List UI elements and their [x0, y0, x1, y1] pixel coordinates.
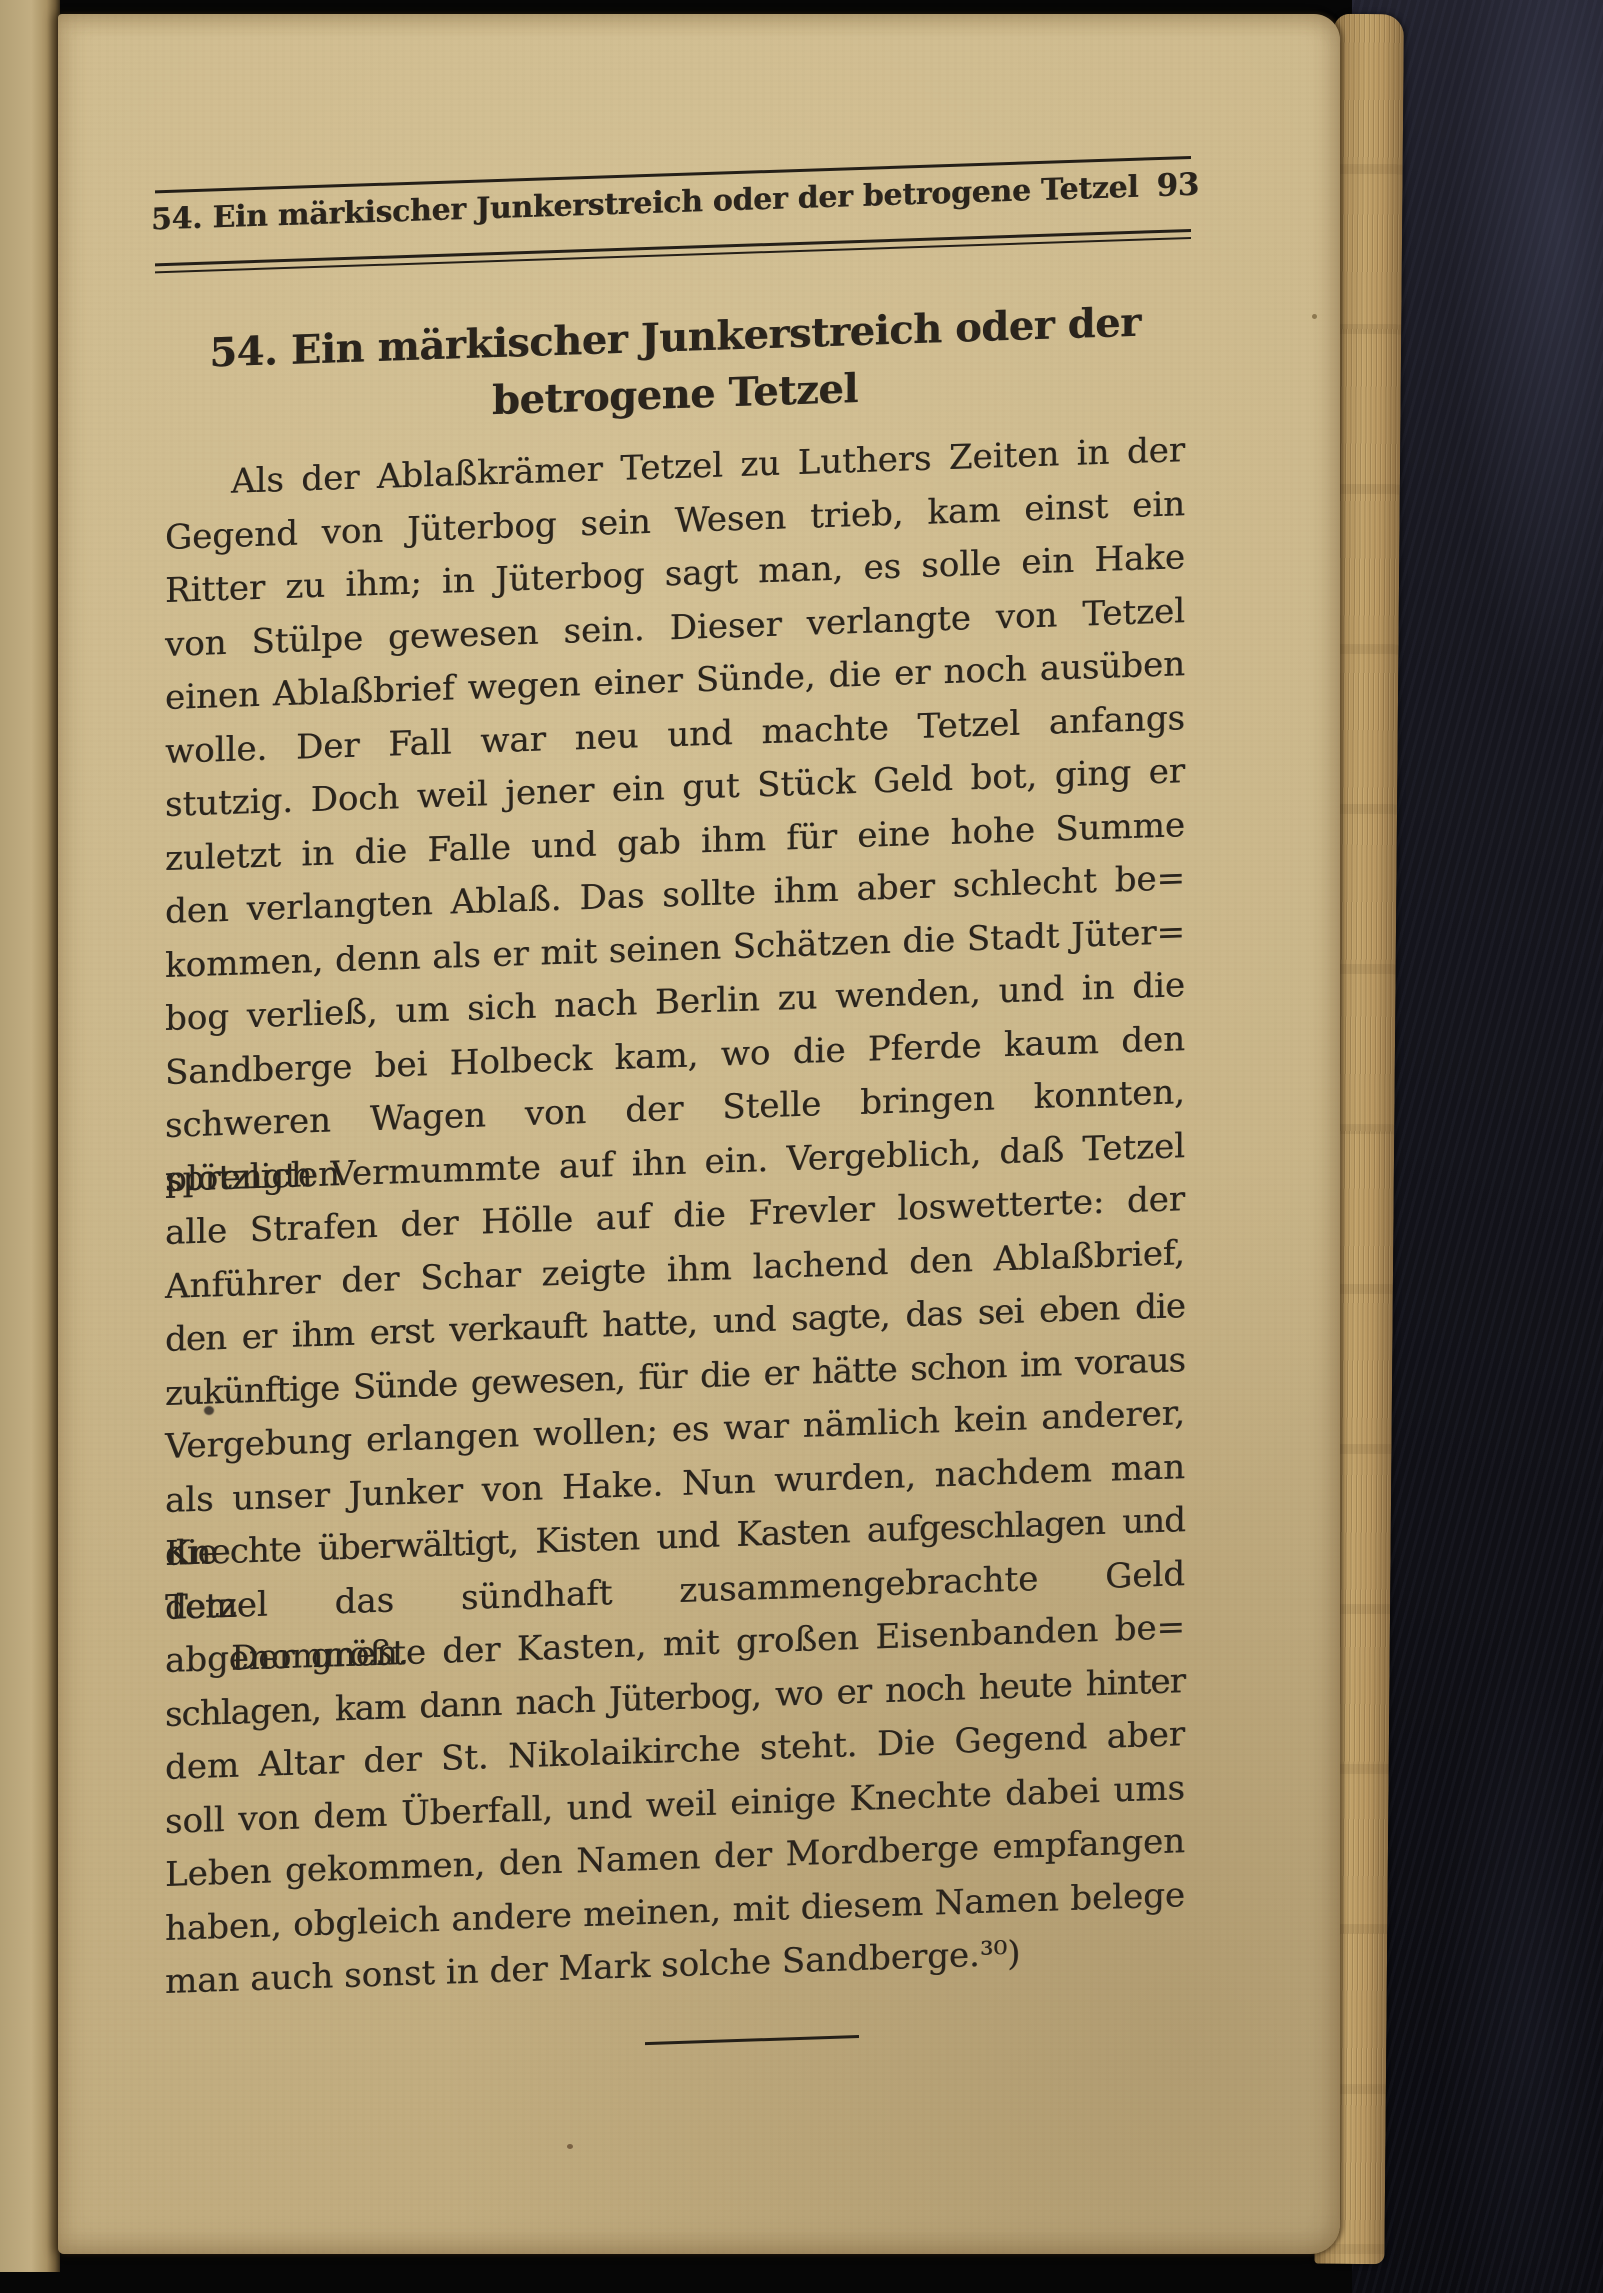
- underlying-page-edge: [0, 0, 60, 2272]
- ink-blemish: [567, 2144, 573, 2149]
- page-number: 93: [1156, 162, 1199, 209]
- ink-blemish: [204, 1406, 214, 1415]
- book-page: 54. Ein märkischer Junkerstreich oder de…: [58, 14, 1340, 2254]
- story-text: Als der Ablaßkrämer Tetzel zu Luthers Ze…: [165, 424, 1185, 2009]
- ink-blemish: [1312, 314, 1317, 319]
- scanned-book-photo: 54. Ein märkischer Junkerstreich oder de…: [0, 0, 1603, 2293]
- page-content: 54. Ein märkischer Junkerstreich oder de…: [165, 156, 1185, 2150]
- section-divider-rule: [645, 2035, 859, 2045]
- chapter-title: 54. Ein märkischer Junkerstreich oder de…: [165, 292, 1185, 440]
